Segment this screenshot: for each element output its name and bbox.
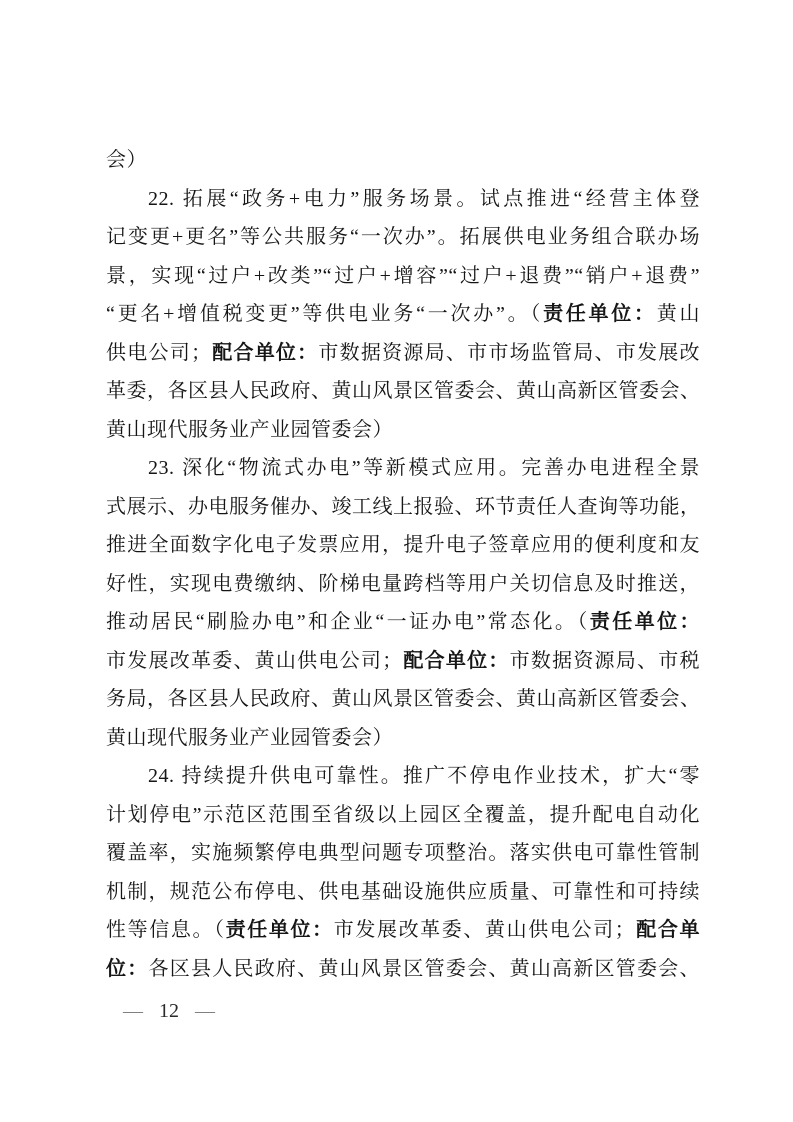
text-line: 性等信息。（责任单位：市发展改革委、黄山供电公司；配合单 — [106, 911, 700, 950]
responsible-unit-label: 责任单位： — [590, 611, 700, 633]
text-line: 会） — [106, 141, 700, 180]
text-segment: 推动居民“刷脸办电”和企业“一证办电”常态化。（ — [106, 611, 590, 633]
text-segment: 黄山现代服务业产业园管委会） — [106, 419, 393, 441]
footer-dash-left: — — [123, 1000, 143, 1023]
text-segment: 机制，规范公布停电、供电基础设施供应质量、可靠性和可持续 — [106, 881, 700, 903]
text-segment: 会） — [106, 149, 147, 171]
text-segment: 性等信息。（ — [106, 919, 226, 941]
cooperating-unit-label: 配合单 — [635, 919, 700, 941]
text-line: 覆盖率，实施频繁停电典型问题专项整治。落实供电可靠性管制 — [106, 834, 700, 873]
text-segment: 黄山现代服务业产业园管委会） — [106, 727, 393, 749]
responsible-unit-label: 责任单位： — [543, 303, 657, 325]
footer-dash-right: — — [195, 1000, 215, 1023]
text-line: 推进全面数字化电子发票应用，提升电子签章应用的便利度和友 — [106, 526, 700, 565]
text-segment: 景，实现“过户+改类”“过户+增容”“过户+退费”“销户+退费” — [106, 265, 700, 287]
text-line: 推动居民“刷脸办电”和企业“一证办电”常态化。（责任单位： — [106, 603, 700, 642]
text-line: “更名+增值税变更”等供电业务“一次办”。（责任单位：黄山 — [106, 295, 700, 334]
text-segment: 计划停电”示范区范围至省级以上园区全覆盖，提升配电自动化 — [106, 804, 700, 826]
text-segment: 各区县人民政府、黄山风景区管委会、黄山高新区管委会、 — [148, 958, 700, 980]
text-line-item-24: 24. 持续提升供电可靠性。推广不停电作业技术，扩大“零 — [106, 757, 700, 796]
text-line: 好性，实现电费缴纳、阶梯电量跨档等用户关切信息及时推送， — [106, 565, 700, 604]
text-line: 记变更+更名”等公共服务“一次办”。拓展供电业务组合联办场 — [106, 218, 700, 257]
text-segment: 供电公司； — [106, 342, 211, 364]
text-line-item-22: 22. 拓展“政务+电力”服务场景。试点推进“经营主体登 — [106, 180, 700, 219]
page-footer: — 12 — — [123, 1000, 215, 1023]
text-segment: 式展示、办电服务催办、竣工线上报验、环节责任人查询等功能， — [106, 496, 701, 518]
text-line: 计划停电”示范区范围至省级以上园区全覆盖，提升配电自动化 — [106, 796, 700, 835]
text-segment: 市数据资源局、市市场监管局、市发展改 — [318, 342, 700, 364]
document-body: 会） 22. 拓展“政务+电力”服务场景。试点推进“经营主体登 记变更+更名”等… — [106, 141, 700, 988]
text-line: 供电公司；配合单位：市数据资源局、市市场监管局、市发展改 — [106, 334, 700, 373]
text-segment: 24. 持续提升供电可靠性。推广不停电作业技术，扩大“零 — [148, 765, 700, 787]
text-line: 黄山现代服务业产业园管委会） — [106, 719, 700, 758]
cooperating-unit-label: 位： — [106, 958, 148, 980]
cooperating-unit-label: 配合单位： — [403, 650, 510, 672]
text-segment: 好性，实现电费缴纳、阶梯电量跨档等用户关切信息及时推送， — [106, 573, 700, 595]
text-segment: 务局，各区县人民政府、黄山风景区管委会、黄山高新区管委会、 — [106, 688, 701, 710]
text-line: 务局，各区县人民政府、黄山风景区管委会、黄山高新区管委会、 — [106, 680, 700, 719]
text-segment: 23. 深化“物流式办电”等新模式应用。完善办电进程全景 — [148, 457, 700, 479]
page-number: 12 — [159, 1000, 179, 1023]
text-line: 革委，各区县人民政府、黄山风景区管委会、黄山高新区管委会、 — [106, 372, 700, 411]
text-line: 式展示、办电服务催办、竣工线上报验、环节责任人查询等功能， — [106, 488, 700, 527]
text-line: 黄山现代服务业产业园管委会） — [106, 411, 700, 450]
document-page: 会） 22. 拓展“政务+电力”服务场景。试点推进“经营主体登 记变更+更名”等… — [0, 0, 793, 1122]
cooperating-unit-label: 配合单位： — [211, 342, 318, 364]
text-segment: “更名+增值税变更”等供电业务“一次办”。（ — [106, 303, 543, 325]
text-segment: 记变更+更名”等公共服务“一次办”。拓展供电业务组合联办场 — [106, 226, 700, 248]
text-line: 景，实现“过户+改类”“过户+增容”“过户+退费”“销户+退费” — [106, 257, 700, 296]
text-segment: 市数据资源局、市税 — [510, 650, 700, 672]
text-line: 市发展改革委、黄山供电公司；配合单位：市数据资源局、市税 — [106, 642, 700, 681]
text-line: 机制，规范公布停电、供电基础设施供应质量、可靠性和可持续 — [106, 873, 700, 912]
text-segment: 22. 拓展“政务+电力”服务场景。试点推进“经营主体登 — [148, 188, 700, 210]
responsible-unit-label: 责任单位： — [226, 919, 334, 941]
text-segment: 市发展改革委、黄山供电公司； — [334, 919, 635, 941]
text-line-item-23: 23. 深化“物流式办电”等新模式应用。完善办电进程全景 — [106, 449, 700, 488]
text-segment: 黄山 — [657, 303, 700, 325]
text-segment: 市发展改革委、黄山供电公司； — [106, 650, 403, 672]
text-line: 位：各区县人民政府、黄山风景区管委会、黄山高新区管委会、 — [106, 950, 700, 989]
text-segment: 革委，各区县人民政府、黄山风景区管委会、黄山高新区管委会、 — [106, 380, 701, 402]
text-segment: 推进全面数字化电子发票应用，提升电子签章应用的便利度和友 — [106, 534, 700, 556]
text-segment: 覆盖率，实施频繁停电典型问题专项整治。落实供电可靠性管制 — [106, 842, 700, 864]
